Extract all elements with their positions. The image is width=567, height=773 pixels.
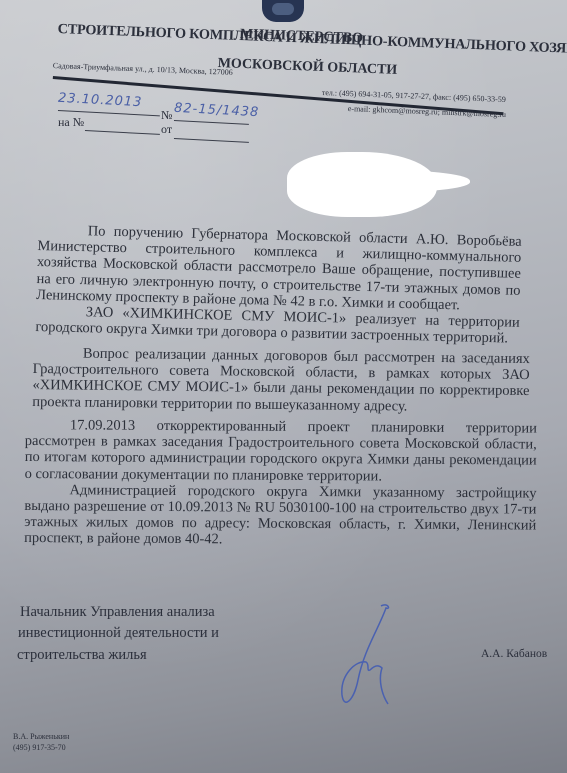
paragraph-5: Администрацией городского округа Химки у… <box>24 482 536 550</box>
signatory-name: А.А. Кабанов <box>481 648 547 660</box>
coat-of-arms-icon <box>262 0 304 22</box>
ref-from-label: от <box>161 122 172 137</box>
letter-body-middle: Вопрос реализации данных договоров был р… <box>32 345 530 416</box>
letter-body-lower: 17.09.2013 откорректированный проект пла… <box>24 417 537 550</box>
paragraph-3: Вопрос реализации данных договоров был р… <box>32 345 530 416</box>
number-label: № <box>161 108 172 123</box>
signatory-title-line2: инвестиционной деятельности и <box>18 625 219 642</box>
ministry-address: Садовая-Триумфальная ул., д. 10/13, Моск… <box>53 61 233 77</box>
ref-number-underline <box>85 130 160 135</box>
executor-name: В.А. Рыженькин <box>13 732 69 741</box>
ministry-title-line3: МОСКОВСКОЙ ОБЛАСТИ <box>217 56 397 79</box>
outgoing-number: 82-15/1438 <box>174 101 260 120</box>
signatory-title-line3: строительства жилья <box>17 647 147 664</box>
letter-page: МИНИСТЕРСТВО СТРОИТЕЛЬНОГО КОМПЛЕКСА И Ж… <box>0 0 567 773</box>
ministry-title-line2: СТРОИТЕЛЬНОГО КОМПЛЕКСА И ЖИЛИЩНО-КОММУН… <box>57 21 567 59</box>
ref-from-underline <box>174 138 249 143</box>
redacted-recipient-tail <box>300 170 470 192</box>
paragraph-1: По поручению Губернатора Московской обла… <box>36 222 522 315</box>
outgoing-date: 23.10.2013 <box>58 91 143 110</box>
number-underline <box>174 120 249 125</box>
ministry-emails: e-mail: gkhcom@mosreg.ru; minstrk@mosreg… <box>348 104 506 119</box>
signatory-title-line1: Начальник Управления анализа <box>20 604 215 621</box>
letter-body: По поручению Губернатора Московской обла… <box>35 222 522 347</box>
handwritten-signature <box>336 600 406 710</box>
ref-number-label: на № <box>58 115 84 130</box>
paragraph-4: 17.09.2013 откорректированный проект пла… <box>25 417 537 485</box>
executor-phone: (495) 917-35-70 <box>13 743 66 752</box>
